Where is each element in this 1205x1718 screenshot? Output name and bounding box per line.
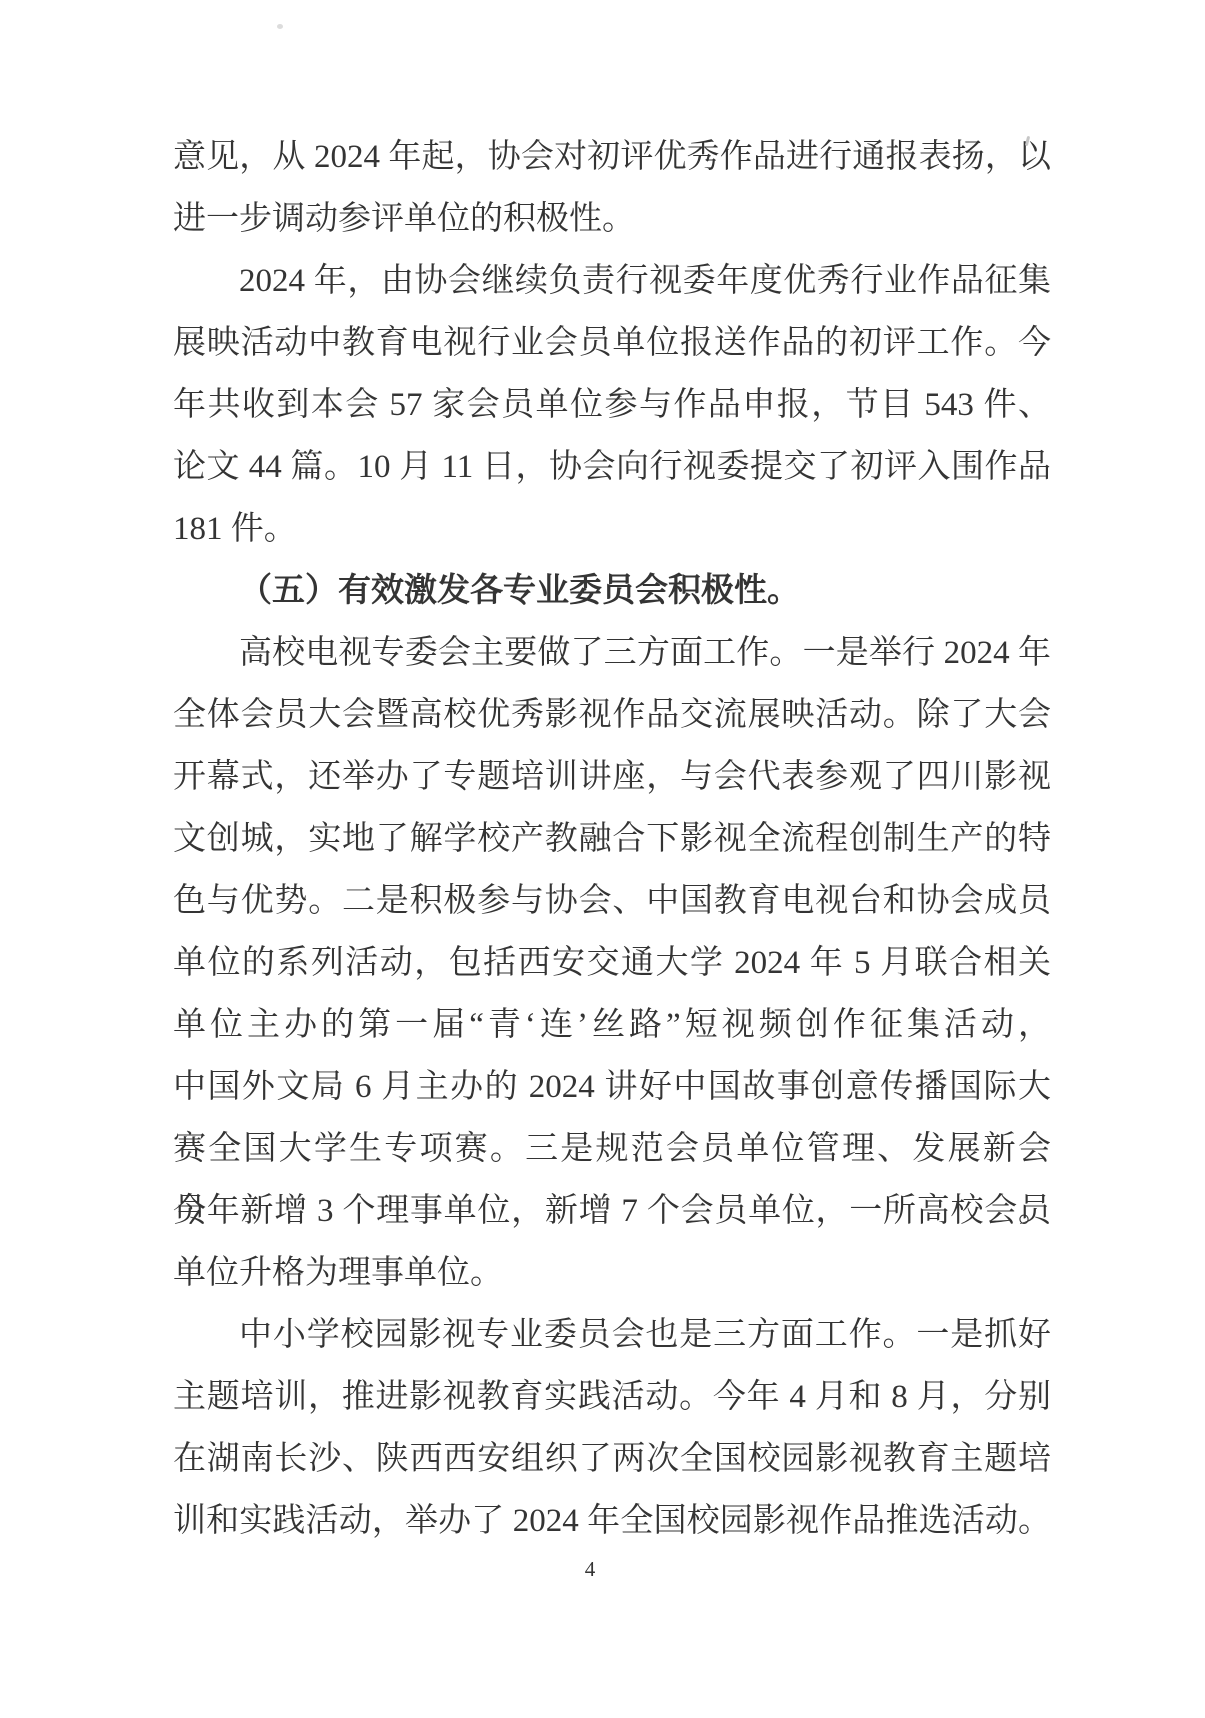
text-line: 单位升格为理事单位。 [173,1242,1051,1304]
scan-speck-icon [277,24,283,29]
text-line: 开幕式，还举办了专题培训讲座，与会代表参观了四川影视 [173,746,1051,808]
text-line: 中小学校园影视专业委员会也是三方面工作。一是抓好 [173,1304,1051,1366]
text-line: 色与优势。二是积极参与协会、中国教育电视台和协会成员 [173,870,1051,932]
text-line: 在湖南长沙、陕西西安组织了两次全国校园影视教育主题培 [173,1428,1051,1490]
text-line: 今年新增 3 个理事单位，新增 7 个会员单位，一所高校会员 [173,1180,1051,1242]
text-line: 文创城，实地了解学校产教融合下影视全流程创制生产的特 [173,808,1051,870]
page-number: 4 [0,1556,1180,1582]
text-line: 高校电视专委会主要做了三方面工作。一是举行 2024 年 [173,622,1051,684]
text-line: （五）有效激发各专业委员会积极性。 [173,560,1051,622]
document-body: 意见，从 2024 年起，协会对初评优秀作品进行通报表扬，以进一步调动参评单位的… [173,126,1051,1552]
text-line: 中国外文局 6 月主办的 2024 讲好中国故事创意传播国际大 [173,1056,1051,1118]
document-page: 意见，从 2024 年起，协会对初评优秀作品进行通报表扬，以进一步调动参评单位的… [0,0,1205,1718]
text-line: 全体会员大会暨高校优秀影视作品交流展映活动。除了大会 [173,684,1051,746]
text-line: 单位的系列活动，包括西安交通大学 2024 年 5 月联合相关 [173,932,1051,994]
text-line: 单位主办的第一届“青‘连’丝路”短视频创作征集活动， [173,994,1051,1056]
text-line: 2024 年，由协会继续负责行视委年度优秀行业作品征集 [173,250,1051,312]
text-line: 论文 44 篇。10 月 11 日，协会向行视委提交了初评入围作品 [173,436,1051,498]
text-line: 展映活动中教育电视行业会员单位报送作品的初评工作。今 [173,312,1051,374]
text-line: 训和实践活动，举办了 2024 年全国校园影视作品推选活动。 [173,1490,1051,1552]
text-line: 年共收到本会 57 家会员单位参与作品申报，节目 543 件、 [173,374,1051,436]
text-line: 主题培训，推进影视教育实践活动。今年 4 月和 8 月，分别 [173,1366,1051,1428]
text-line: 意见，从 2024 年起，协会对初评优秀作品进行通报表扬，以 [173,126,1051,188]
text-line: 赛全国大学生专项赛。三是规范会员单位管理、发展新会员。 [173,1118,1051,1180]
text-line: 181 件。 [173,498,1051,560]
text-line: 进一步调动参评单位的积极性。 [173,188,1051,250]
